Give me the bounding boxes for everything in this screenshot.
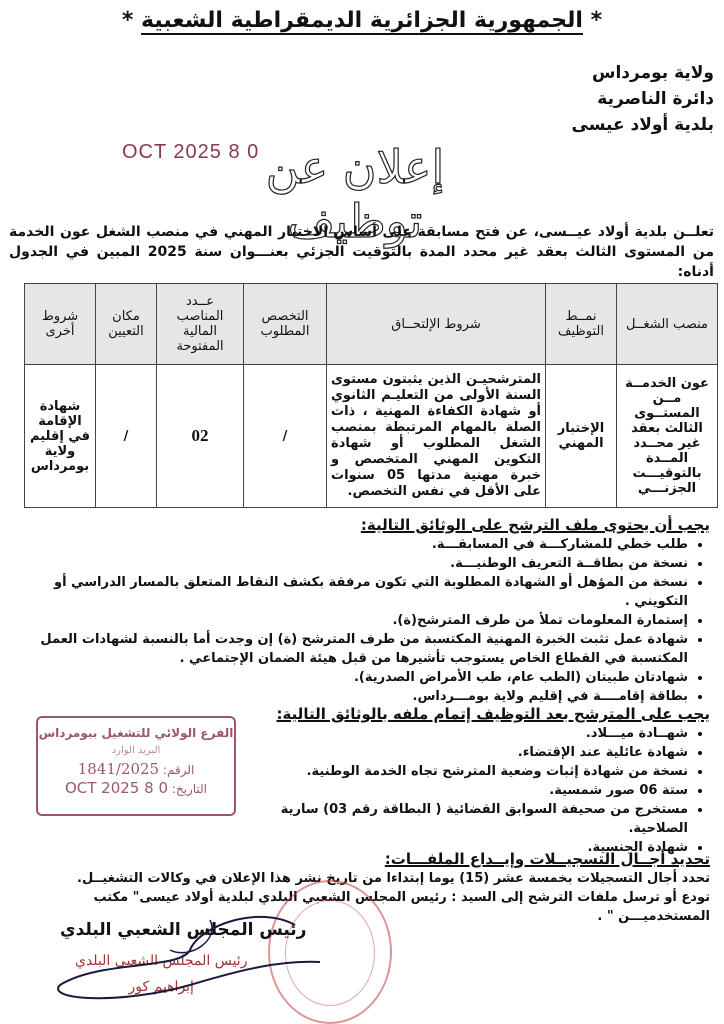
country-title: * الجمهورية الجزائرية الديمقراطية الشعبي… [0,8,724,33]
post-hire-documents-heading: يجب على المترشح بعد التوظيف إتمام ملفه ب… [270,705,710,724]
post-hire-documents-section: يجب على المترشح بعد التوظيف إتمام ملفه ب… [270,705,710,857]
col-header-conditions: شروط الإلتحــاق [327,284,546,365]
stamp-number-label: الرقم: [163,763,194,777]
stamp-date-row: التاريخ: 0 8 OCT 2025 [38,779,234,798]
stamp-sub: البريد الوارد [38,742,234,760]
file-documents-heading: يجب أن يحتوى ملف الترشح على الوثائق التا… [10,516,710,535]
list-item: إستمارة المعلومات تملأ من طرف المترشح(ة)… [10,611,688,630]
deadline-text: تحدد أجال التسجيلات بخمسة عشر (15) يوما … [30,869,710,888]
list-item: شهــادة ميـــلاد. [270,724,688,743]
col-header-other: شروط أخرى [25,284,96,365]
cell-specialty: / [244,365,327,508]
administrative-block: ولاية بومرداس دائرة الناصرية بلدية أولاد… [572,60,715,138]
stamp-date: 0 8 OCT 2025 [65,779,168,797]
list-item: نسخة من المؤهل أو الشهادة المطلوبة التي … [10,573,688,611]
cell-location: / [96,365,157,508]
list-item: نسخة من شهادة إثبات وضعية المترشح تجاه ا… [270,762,688,781]
stamp-number: 1841/2025 [78,760,159,778]
stamp-org: الفرع الولائي للتشغيل ببومرداس [38,724,234,742]
stamp-number-row: الرقم: 1841/2025 [38,760,234,779]
file-documents-list: طلب خطي للمشاركـــة في المسابقـــة. نسخة… [10,535,710,706]
handwritten-signature [40,900,340,1010]
col-header-position: منصب الشغــل [617,284,718,365]
wilaya-label: ولاية بومرداس [572,60,715,86]
post-hire-documents-list: شهــادة ميـــلاد. شهادة عائلية عند الإقت… [270,724,710,857]
cell-mode: الإختبار المهني [546,365,617,508]
list-item: بطاقة إقامــــة في إقليم ولاية بومـــردا… [10,687,688,706]
cell-other: شهادة الإقامة في إقليم ولاية بومرداس [25,365,96,508]
received-stamp: الفرع الولائي للتشغيل ببومرداس البريد ال… [36,716,236,816]
col-header-count: عــدد المناصب المالية المفتوحة [157,284,244,365]
list-item: شهادة عائلية عند الإقتضاء. [270,743,688,762]
col-header-mode: نمــط التوظيف [546,284,617,365]
cell-position: عون الخدمــة مــن المستــوى الثالث بعقد … [617,365,718,508]
list-item: طلب خطي للمشاركـــة في المسابقـــة. [10,535,688,554]
file-documents-section: يجب أن يحتوى ملف الترشح على الوثائق التا… [10,516,710,706]
list-item: مستخرج من صحيفة السوابق القضائية ( البطا… [270,800,688,838]
star-mark: * [591,8,603,33]
list-item: ستة 06 صور شمسية. [270,781,688,800]
list-item: شهادتان طبيتان (الطب عام، طب الأمراض الص… [10,668,688,687]
list-item: نسخة من بطاقــة التعريف الوطنيـــة. [10,554,688,573]
jobs-table: منصب الشغــل نمــط التوظيف شروط الإلتحــ… [24,283,718,508]
list-item: شهادة عمل تثبت الخبرة المهنية المكتسبة م… [10,630,688,668]
intro-paragraph: تعلــن بلدية أولاد عيــسى، عن فتح مسابقة… [9,222,714,282]
cell-conditions: المترشحيـن الذين يثبتون مستوى السنة الأو… [327,365,546,508]
country-title-text: الجمهورية الجزائرية الديمقراطية الشعبية [141,8,583,33]
star-mark: * [122,8,134,33]
commune-label: بلدية أولاد عيسى [572,112,715,138]
deadlines-heading: تحديد أجــال التسجيــلات وإيــداع الملفـ… [30,850,710,869]
cell-count: 02 [157,365,244,508]
col-header-specialty: التخصص المطلوب [244,284,327,365]
col-header-location: مكان التعيين [96,284,157,365]
table-header-row: منصب الشغــل نمــط التوظيف شروط الإلتحــ… [25,284,718,365]
stamp-date-label: التاريخ: [172,782,207,796]
table-row: عون الخدمــة مــن المستــوى الثالث بعقد … [25,365,718,508]
daira-label: دائرة الناصرية [572,86,715,112]
